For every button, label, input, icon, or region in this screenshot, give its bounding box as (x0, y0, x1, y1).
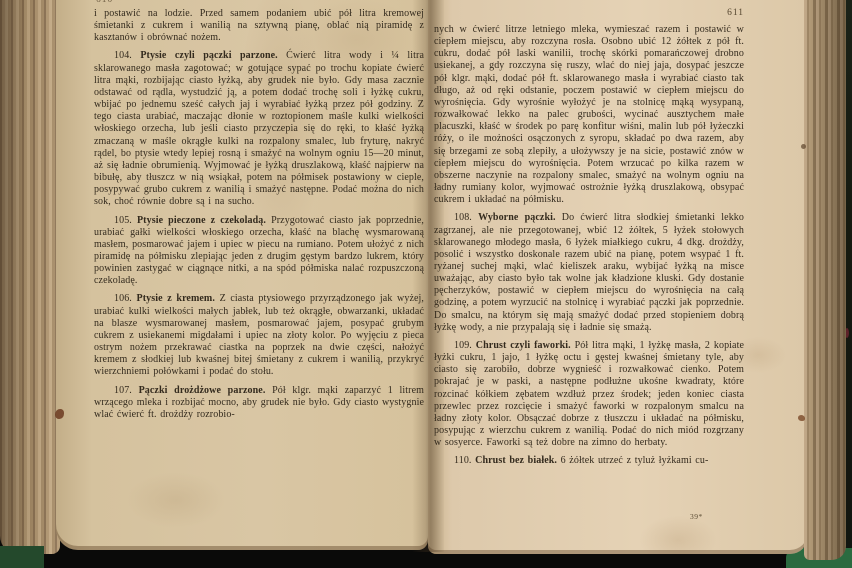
left-page-fore-edges (0, 0, 60, 554)
right-page-number: 611 (700, 8, 744, 18)
recipe-title: Ptysie z kremem. (137, 293, 220, 304)
right_page-paragraph-3: 110. Chrust bez białek. 6 żółtek utrzeć … (434, 455, 744, 467)
left_page-paragraph-0: i postawić na lodzie. Przed samem podani… (94, 8, 424, 44)
left_page-paragraph-4: 107. Pączki drożdżowe parzone. Pół klgr.… (94, 385, 424, 421)
recipe-number: 105. (114, 215, 137, 226)
ink-blot-right-margin (798, 415, 805, 421)
recipe-number: 107. (114, 385, 139, 396)
recipe-title: Wyborne pączki. (478, 212, 562, 223)
recipe-title: Ptysie czyli pączki parzone. (140, 50, 286, 61)
recipe-title: Pączki drożdżowe parzone. (139, 385, 273, 396)
recipe-number: 106. (114, 293, 137, 304)
recipe-title: Ptysie pieczone z czekoladą. (137, 215, 271, 226)
cover-corner-bottom-left (0, 546, 44, 568)
recipe-title: Chrust czyli faworki. (476, 340, 575, 351)
recipe-number: 104. (114, 50, 140, 61)
left-page-text-column: i postawić na lodzie. Przed samem podani… (94, 8, 424, 421)
recipe-title: Chrust bez białek. (475, 455, 560, 466)
signature-mark: 39* (690, 512, 703, 521)
left_page-paragraph-1: 104. Ptysie czyli pączki parzone. Ćwierć… (94, 50, 424, 208)
right_page-paragraph-0: nych w ćwierć litrze letniego mleka, wym… (434, 24, 744, 206)
right-page-fore-edges (804, 0, 846, 560)
left_page-paragraph-2: 105. Ptysie pieczone z czekoladą. Przygo… (94, 215, 424, 288)
recipe-number: 109. (454, 340, 476, 351)
recipe-number: 108. (454, 212, 478, 223)
open-book-photo: 610 611 i postawić na lodzie. Przed same… (0, 0, 852, 568)
right-page-text-column: nych w ćwierć litrze letniego mleka, wym… (434, 24, 744, 467)
speck-right-margin (801, 144, 806, 149)
right_page-paragraph-2: 109. Chrust czyli faworki. Pół litra mąk… (434, 340, 744, 449)
recipe-number: 110. (454, 455, 475, 466)
right_page-paragraph-1: 108. Wyborne pączki. Do ćwierć litra sło… (434, 212, 744, 334)
left_page-paragraph-3: 106. Ptysie z kremem. Z ciasta ptysioweg… (94, 293, 424, 378)
left-page-number: 610 (96, 0, 113, 5)
